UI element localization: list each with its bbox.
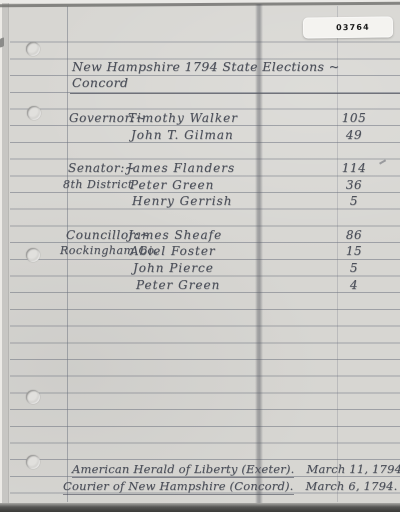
page-title-text: New Hampshire 1794 State Elections ~ Con… bbox=[70, 59, 400, 94]
paper-edge-notch bbox=[0, 37, 4, 48]
candidate-name: Peter Green bbox=[130, 177, 214, 193]
center-crease bbox=[255, 4, 263, 503]
document-scan: New Hampshire 1794 State Elections ~ Con… bbox=[0, 0, 400, 512]
candidate-name: James Sheafe bbox=[128, 227, 222, 243]
vote-count: 5 bbox=[336, 260, 372, 276]
office-label: Senator:~ bbox=[68, 160, 136, 176]
candidate-name: Timothy Walker bbox=[128, 110, 238, 126]
candidate-name: James Flanders bbox=[127, 160, 235, 176]
punch-hole bbox=[26, 248, 40, 262]
vote-count: 36 bbox=[336, 177, 372, 193]
vote-count: 15 bbox=[336, 243, 372, 259]
vote-count: 5 bbox=[336, 193, 372, 209]
catalog-number: 03764 bbox=[326, 23, 370, 33]
result-row: Governor:~ Timothy Walker 105 bbox=[0, 110, 400, 126]
page-title: New Hampshire 1794 State Elections ~ Con… bbox=[70, 59, 400, 94]
vote-count: 86 bbox=[336, 227, 372, 243]
candidate-name: John Pierce bbox=[133, 260, 214, 276]
result-row: Councillor:~ James Sheafe 86 bbox=[0, 227, 400, 243]
candidate-name: Abiel Foster bbox=[130, 243, 216, 259]
catalog-label: 03764 bbox=[303, 16, 393, 38]
result-row: John T. Gilman 49 bbox=[0, 127, 400, 143]
punch-hole bbox=[26, 455, 40, 469]
vote-count: 105 bbox=[336, 110, 372, 126]
result-row: Rockingham Co. Abiel Foster 15 bbox=[0, 243, 400, 259]
vote-count: 4 bbox=[336, 277, 372, 293]
citation-date: March 6, 1794. bbox=[306, 479, 398, 493]
candidate-name: Henry Gerrish bbox=[132, 193, 233, 209]
punch-hole bbox=[26, 390, 40, 404]
punch-hole bbox=[27, 106, 41, 120]
district-label: 8th District bbox=[63, 177, 133, 193]
citation-line: American Herald of Liberty (Exeter).Marc… bbox=[72, 461, 400, 477]
result-row: Peter Green 4 bbox=[0, 277, 400, 293]
candidate-name: Peter Green bbox=[136, 277, 220, 293]
result-row: John Pierce 5 bbox=[0, 260, 400, 276]
paper-left-edge bbox=[0, 0, 10, 512]
result-row: 8th District Peter Green 36 bbox=[0, 177, 400, 193]
vote-count: 49 bbox=[336, 127, 372, 143]
punch-hole bbox=[26, 42, 40, 56]
result-row: Henry Gerrish 5 bbox=[0, 193, 400, 209]
citation-line: Courier of New Hampshire (Concord).March… bbox=[63, 478, 398, 494]
paper-bottom-edge bbox=[0, 503, 400, 512]
result-row: Senator:~ James Flanders 114 bbox=[0, 160, 400, 176]
candidate-name: John T. Gilman bbox=[131, 127, 234, 143]
vote-count: 114 bbox=[336, 160, 372, 176]
citation-date: March 11, 1794. bbox=[306, 462, 400, 476]
